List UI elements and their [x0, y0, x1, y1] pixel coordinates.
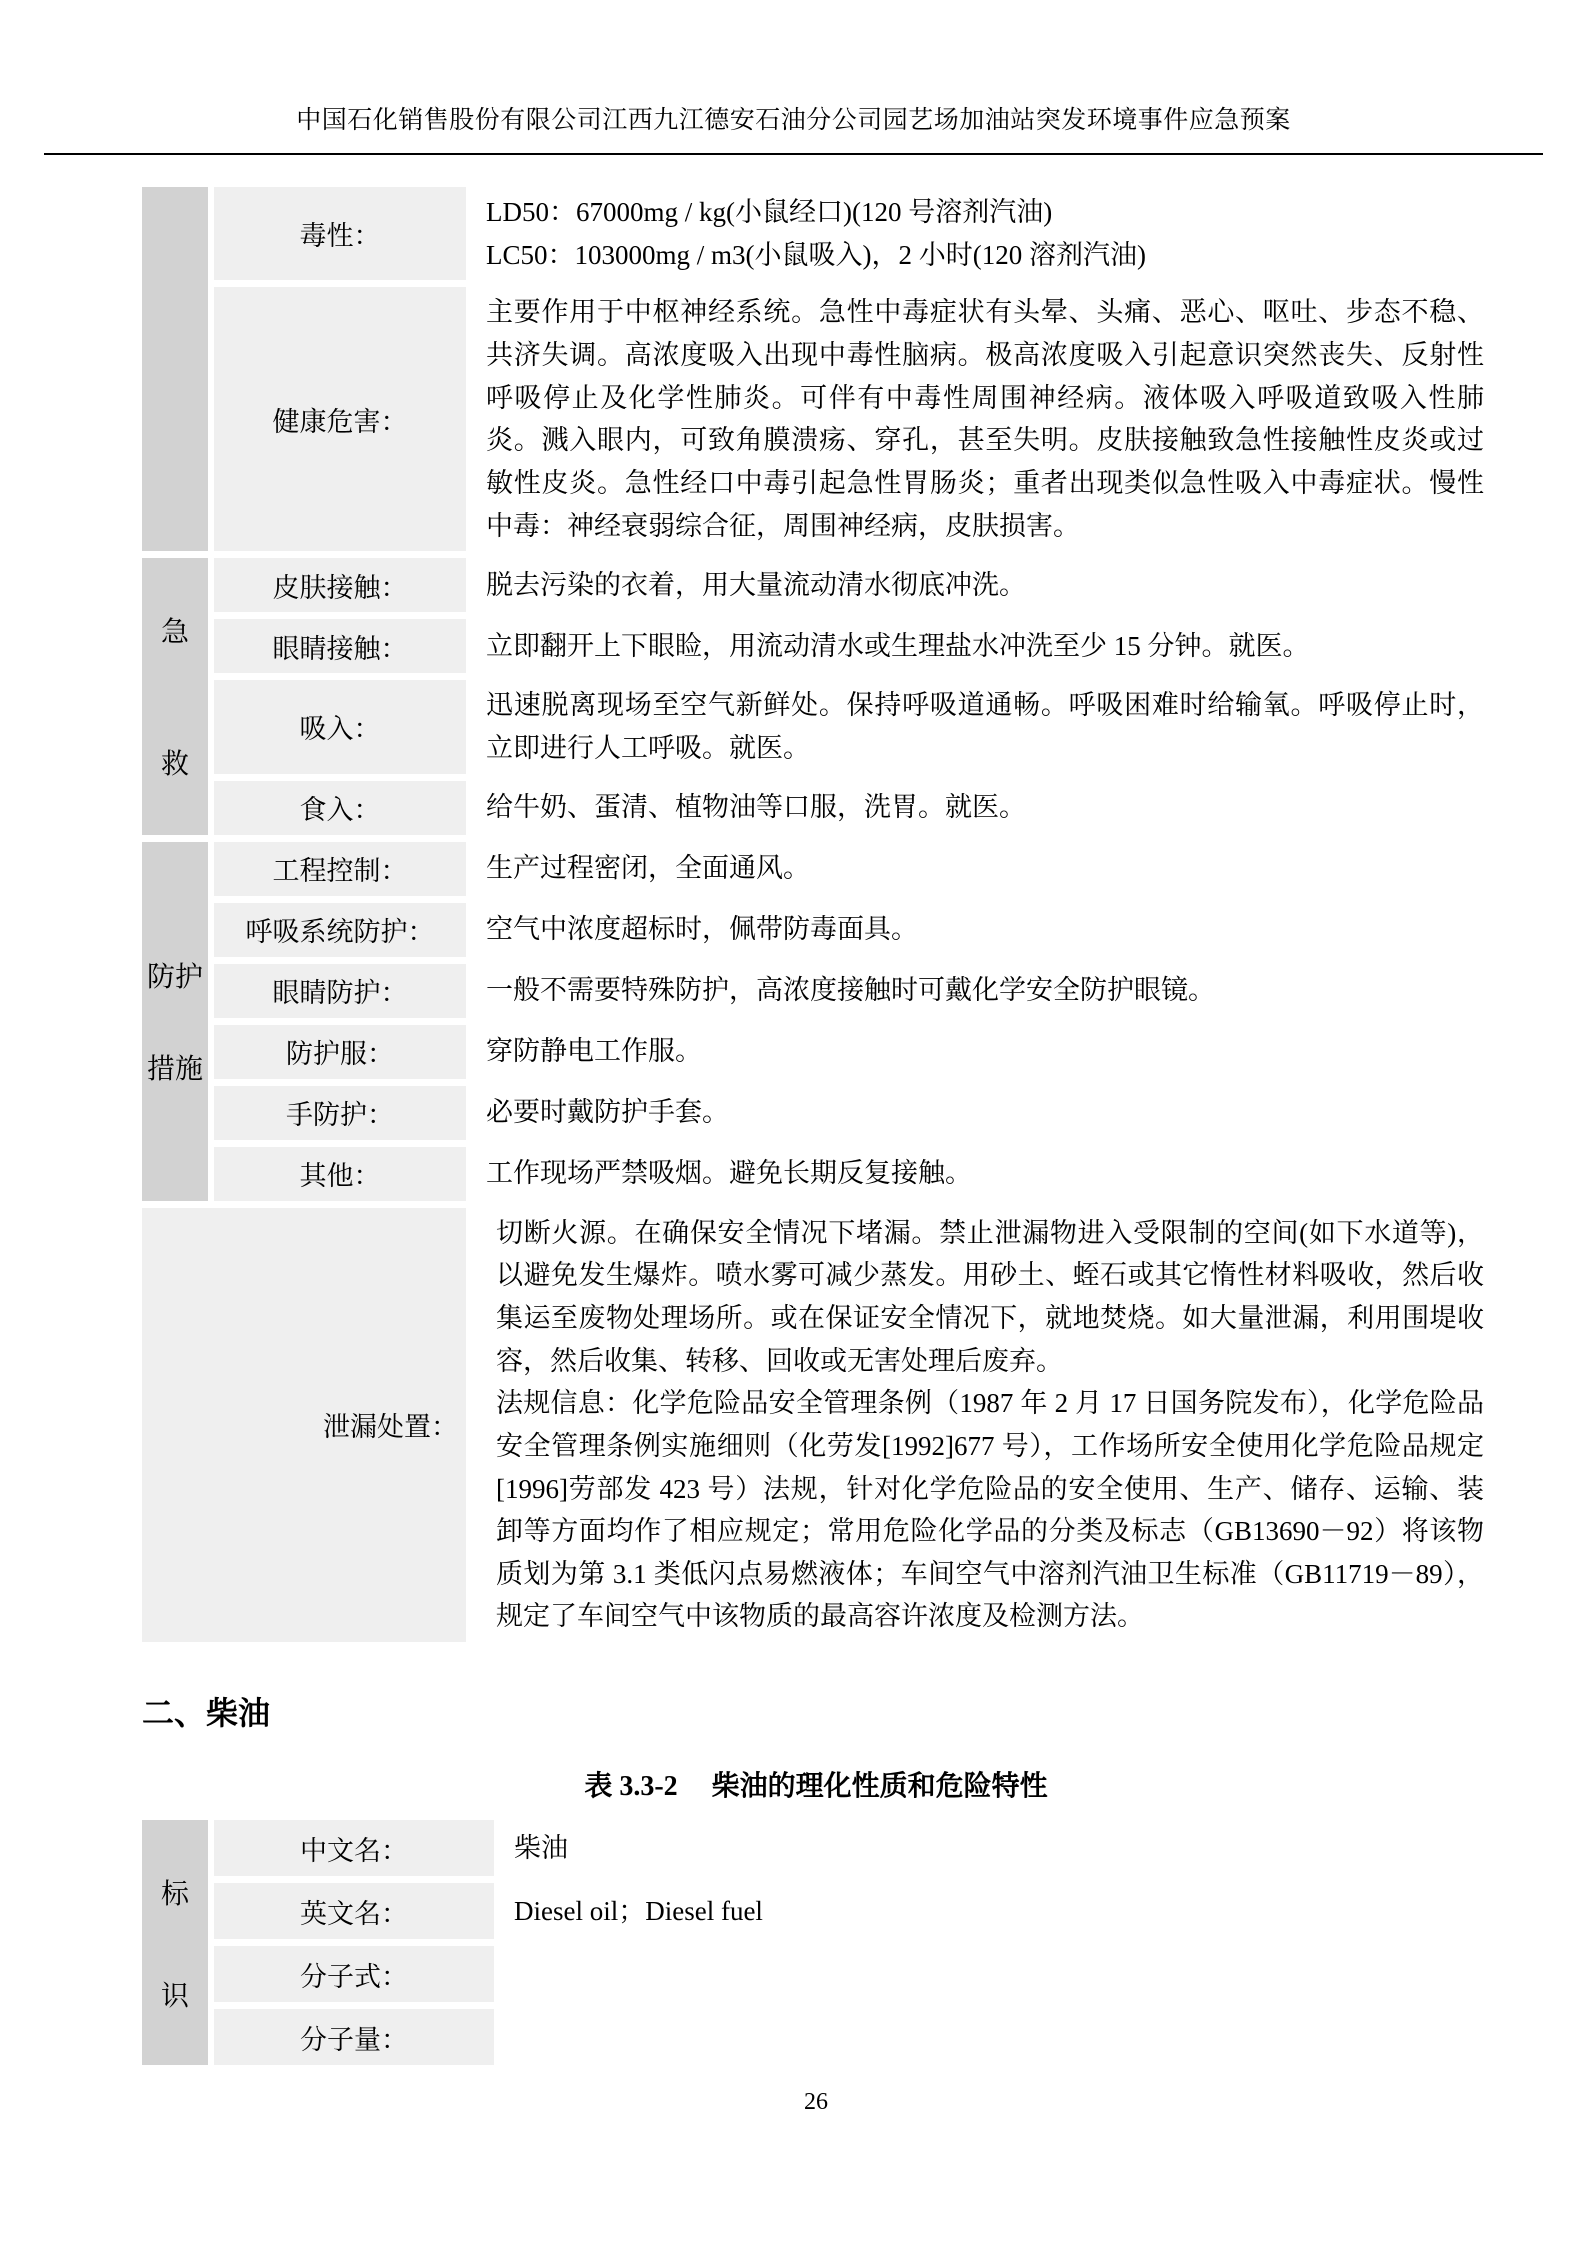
- row-value-chinese-name: 柴油: [500, 1820, 1490, 1876]
- skin-contact-text: 脱去污染的衣着，用大量流动清水彻底冲洗。: [486, 564, 1484, 607]
- row-value-toxicity: LD50：67000mg / kg(小鼠经口)(120 号溶剂汽油) LC50：…: [472, 187, 1490, 280]
- eye-protection-text: 一般不需要特殊防护，高浓度接触时可戴化学安全防护眼镜。: [486, 969, 1484, 1012]
- row-label-spill-disposal: 泄漏处置：: [142, 1208, 466, 1643]
- row-value-eye-contact: 立即翻开上下眼睑，用流动清水或生理盐水冲洗至少 15 分钟。就医。: [472, 619, 1490, 673]
- table-caption: 表 3.3-2柴油的理化性质和危险特性: [142, 1764, 1490, 1804]
- row-value-molecular-formula: [500, 1946, 1490, 2002]
- row-label-chinese-name: 中文名：: [214, 1820, 494, 1876]
- protective-clothing-text: 穿防静电工作服。: [486, 1030, 1484, 1073]
- document-title: 中国石化销售股份有限公司江西九江德安石油分公司园艺场加油站突发环境事件应急预案: [64, 100, 1523, 136]
- category-protection-line-2: 措施: [147, 1047, 203, 1087]
- section-toxicity-health: 毒性： LD50：67000mg / kg(小鼠经口)(120 号溶剂汽油) L…: [142, 187, 1490, 551]
- row-label-eye-contact: 眼睛接触：: [214, 619, 466, 673]
- respiratory-protection-text: 空气中浓度超标时，佩带防毒面具。: [486, 908, 1484, 951]
- other-protection-text: 工作现场严禁吸烟。避免长期反复接触。: [486, 1152, 1484, 1195]
- category-first-aid-char-1: 急: [161, 610, 189, 650]
- category-cell-empty: [142, 187, 208, 551]
- row-value-molecular-weight: [500, 2009, 1490, 2065]
- row-label-protective-clothing: 防护服：: [214, 1025, 466, 1079]
- toxicity-text: LD50：67000mg / kg(小鼠经口)(120 号溶剂汽油) LC50：…: [486, 191, 1484, 276]
- table-caption-number: 表 3.3-2: [584, 1771, 677, 1802]
- category-identification-char-1: 标: [161, 1872, 189, 1912]
- row-value-engineering-control: 生产过程密闭，全面通风。: [472, 842, 1490, 896]
- row-label-eye-protection: 眼睛防护：: [214, 964, 466, 1018]
- row-label-english-name: 英文名：: [214, 1883, 494, 1939]
- row-value-eye-protection: 一般不需要特殊防护，高浓度接触时可戴化学安全防护眼镜。: [472, 964, 1490, 1018]
- row-label-toxicity: 毒性：: [214, 187, 466, 280]
- row-value-english-name: Diesel oil；Diesel fuel: [500, 1883, 1490, 1939]
- diesel-properties-table: 标 识 中文名： 柴油 英文名： Diesel oil；Diesel fuel …: [142, 1820, 1490, 2065]
- engineering-control-text: 生产过程密闭，全面通风。: [486, 847, 1484, 890]
- health-hazard-text: 主要作用于中枢神经系统。急性中毒症状有头晕、头痛、恶心、呕吐、步态不稳、共济失调…: [486, 291, 1484, 547]
- category-protection-line-1: 防护: [147, 955, 203, 995]
- row-label-health-hazard: 健康危害：: [214, 287, 466, 551]
- row-label-ingestion: 食入：: [214, 781, 466, 835]
- chinese-name-text: 柴油: [514, 1827, 1484, 1870]
- row-value-health-hazard: 主要作用于中枢神经系统。急性中毒症状有头晕、头痛、恶心、呕吐、步态不稳、共济失调…: [472, 287, 1490, 551]
- page-number: 26: [142, 2089, 1490, 2116]
- category-cell-identification: 标 识: [142, 1820, 208, 2065]
- row-value-skin-contact: 脱去污染的衣着，用大量流动清水彻底冲洗。: [472, 558, 1490, 612]
- gasoline-properties-table: 毒性： LD50：67000mg / kg(小鼠经口)(120 号溶剂汽油) L…: [142, 187, 1490, 1642]
- section-protection-measures: 防护 措施 工程控制： 生产过程密闭，全面通风。 呼吸系统防护： 空气中浓度超标…: [142, 842, 1490, 1201]
- category-first-aid-char-2: 救: [161, 742, 189, 782]
- ingestion-text: 给牛奶、蛋清、植物油等口服，洗胃。就医。: [486, 786, 1484, 829]
- row-label-molecular-weight: 分子量：: [214, 2009, 494, 2065]
- row-value-respiratory-protection: 空气中浓度超标时，佩带防毒面具。: [472, 903, 1490, 957]
- page-header: 中国石化销售股份有限公司江西九江德安石油分公司园艺场加油站突发环境事件应急预案: [0, 0, 1587, 136]
- row-value-ingestion: 给牛奶、蛋清、植物油等口服，洗胃。就医。: [472, 781, 1490, 835]
- english-name-text: Diesel oil；Diesel fuel: [514, 1890, 1484, 1933]
- row-label-molecular-formula: 分子式：: [214, 1946, 494, 2002]
- row-label-engineering-control: 工程控制：: [214, 842, 466, 896]
- row-label-respiratory-protection: 呼吸系统防护：: [214, 903, 466, 957]
- row-label-hand-protection: 手防护：: [214, 1086, 466, 1140]
- category-identification-char-2: 识: [161, 1974, 189, 2014]
- category-cell-first-aid: 急 救: [142, 558, 208, 834]
- row-value-other-protection: 工作现场严禁吸烟。避免长期反复接触。: [472, 1147, 1490, 1201]
- row-label-skin-contact: 皮肤接触：: [214, 558, 466, 612]
- document-page: 中国石化销售股份有限公司江西九江德安石油分公司园艺场加油站突发环境事件应急预案 …: [0, 0, 1587, 2245]
- section-spill-disposal: 泄漏处置： 切断火源。在确保安全情况下堵漏。禁止泄漏物进入受限制的空间(如下水道…: [142, 1208, 1490, 1643]
- section-first-aid: 急 救 皮肤接触： 脱去污染的衣着，用大量流动清水彻底冲洗。 眼睛接触： 立即翻…: [142, 558, 1490, 834]
- category-cell-protection: 防护 措施: [142, 842, 208, 1201]
- row-label-inhalation: 吸入：: [214, 680, 466, 773]
- row-value-inhalation: 迅速脱离现场至空气新鲜处。保持呼吸道通畅。呼吸困难时给输氧。呼吸停止时，立即进行…: [472, 680, 1490, 773]
- spill-disposal-text: 切断火源。在确保安全情况下堵漏。禁止泄漏物进入受限制的空间(如下水道等)，以避免…: [496, 1212, 1484, 1639]
- section-heading-diesel: 二、柴油: [142, 1688, 1490, 1734]
- row-value-spill-disposal: 切断火源。在确保安全情况下堵漏。禁止泄漏物进入受限制的空间(如下水道等)，以避免…: [482, 1208, 1490, 1643]
- hand-protection-text: 必要时戴防护手套。: [486, 1091, 1484, 1134]
- row-label-other-protection: 其他：: [214, 1147, 466, 1201]
- inhalation-text: 迅速脱离现场至空气新鲜处。保持呼吸道通畅。呼吸困难时给输氧。呼吸停止时，立即进行…: [486, 684, 1484, 769]
- page-body: 毒性： LD50：67000mg / kg(小鼠经口)(120 号溶剂汽油) L…: [0, 155, 1587, 2116]
- row-value-protective-clothing: 穿防静电工作服。: [472, 1025, 1490, 1079]
- eye-contact-text: 立即翻开上下眼睑，用流动清水或生理盐水冲洗至少 15 分钟。就医。: [486, 625, 1484, 668]
- row-value-hand-protection: 必要时戴防护手套。: [472, 1086, 1490, 1140]
- table-caption-title: 柴油的理化性质和危险特性: [712, 1771, 1048, 1802]
